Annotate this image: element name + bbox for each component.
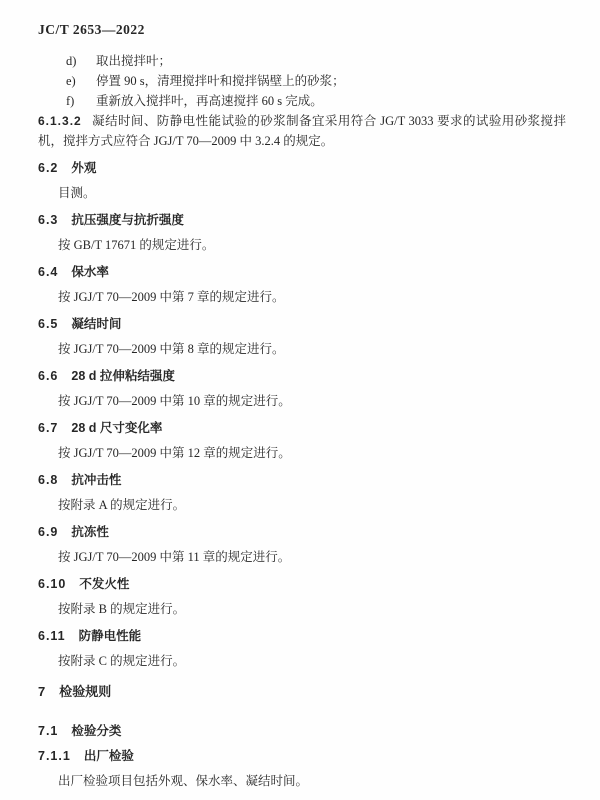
section-heading: 7.1.1出厂检验 — [38, 746, 566, 766]
doc-number-header: JC/T 2653—2022 — [38, 22, 566, 38]
section-number: 6.11 — [38, 629, 66, 643]
list-item: d) 取出搅拌叶； — [38, 51, 566, 71]
section-title: 28 d 拉伸粘结强度 — [71, 369, 175, 383]
list-item-marker: f) — [38, 91, 96, 111]
section-title: 外观 — [71, 161, 96, 175]
section-heading: 6.9抗冻性 — [38, 522, 566, 542]
chapter-title: 检验规则 — [59, 684, 111, 699]
section-body: 按 JGJ/T 70—2009 中第 12 章的规定进行。 — [38, 443, 566, 463]
section-title: 28 d 尺寸变化率 — [71, 421, 162, 435]
section-number: 6.5 — [38, 317, 58, 331]
section-heading: 6.628 d 拉伸粘结强度 — [38, 366, 566, 386]
section-title: 抗冻性 — [71, 525, 109, 539]
chapter-7-heading: 7检验规则 — [38, 682, 566, 702]
section-title: 抗压强度与抗折强度 — [71, 213, 184, 227]
section-body: 按附录 C 的规定进行。 — [38, 651, 566, 671]
section-heading: 7.1检验分类 — [38, 721, 566, 741]
section-number: 6.4 — [38, 265, 58, 279]
list-item-marker: d) — [38, 51, 96, 71]
section-number: 6.2 — [38, 161, 58, 175]
list-item-marker: e) — [38, 71, 96, 91]
list-item: f) 重新放入搅拌叶，再高速搅拌 60 s 完成。 — [38, 91, 566, 111]
section-title: 检验分类 — [71, 724, 121, 738]
section-title: 不发火性 — [79, 577, 129, 591]
section-body: 按附录 B 的规定进行。 — [38, 599, 566, 619]
section-7-1: 7.1检验分类 — [38, 721, 566, 741]
section-heading: 6.4保水率 — [38, 262, 566, 282]
section-title: 凝结时间 — [71, 317, 121, 331]
chapter-number: 7 — [38, 684, 45, 699]
procedure-step-list: d) 取出搅拌叶； e) 停置 90 s，清理搅拌叶和搅拌锅壁上的砂浆； f) … — [38, 51, 566, 111]
clause-text: 凝结时间、防静电性能试验的砂浆制备宜采用符合 JG/T 3033 要求的试验用砂… — [38, 114, 566, 148]
section-heading: 6.5凝结时间 — [38, 314, 566, 334]
section-6-9: 6.9抗冻性 按 JGJ/T 70—2009 中第 11 章的规定进行。 — [38, 522, 566, 567]
section-heading: 6.8抗冲击性 — [38, 470, 566, 490]
section-number: 7.1.1 — [38, 749, 71, 763]
section-heading: 6.11防静电性能 — [38, 626, 566, 646]
section-body: 按 JGJ/T 70—2009 中第 11 章的规定进行。 — [38, 547, 566, 567]
section-6-4: 6.4保水率 按 JGJ/T 70—2009 中第 7 章的规定进行。 — [38, 262, 566, 307]
section-body: 目测。 — [38, 183, 566, 203]
section-body: 按 JGJ/T 70—2009 中第 7 章的规定进行。 — [38, 287, 566, 307]
section-body: 按 JGJ/T 70—2009 中第 8 章的规定进行。 — [38, 339, 566, 359]
section-6-6: 6.628 d 拉伸粘结强度 按 JGJ/T 70—2009 中第 10 章的规… — [38, 366, 566, 411]
section-number: 6.10 — [38, 577, 66, 591]
clause-number: 6.1.3.2 — [38, 114, 82, 128]
section-title: 出厂检验 — [84, 749, 134, 763]
section-number: 6.6 — [38, 369, 58, 383]
section-title: 防静电性能 — [79, 629, 142, 643]
section-6-11: 6.11防静电性能 按附录 C 的规定进行。 — [38, 626, 566, 671]
section-heading: 6.728 d 尺寸变化率 — [38, 418, 566, 438]
section-body: 按 GB/T 17671 的规定进行。 — [38, 235, 566, 255]
section-number: 6.7 — [38, 421, 58, 435]
section-6-2: 6.2外观 目测。 — [38, 158, 566, 203]
document-page: JC/T 2653—2022 d) 取出搅拌叶； e) 停置 90 s，清理搅拌… — [0, 0, 600, 800]
section-heading: 6.2外观 — [38, 158, 566, 178]
section-heading: 6.3抗压强度与抗折强度 — [38, 210, 566, 230]
section-number: 6.3 — [38, 213, 58, 227]
section-number: 6.9 — [38, 525, 58, 539]
list-item-text: 重新放入搅拌叶，再高速搅拌 60 s 完成。 — [96, 91, 323, 111]
section-title: 抗冲击性 — [71, 473, 121, 487]
section-heading: 6.10不发火性 — [38, 574, 566, 594]
section-6-3: 6.3抗压强度与抗折强度 按 GB/T 17671 的规定进行。 — [38, 210, 566, 255]
section-6-8: 6.8抗冲击性 按附录 A 的规定进行。 — [38, 470, 566, 515]
section-number: 7.1 — [38, 724, 58, 738]
section-body: 出厂检验项目包括外观、保水率、凝结时间。 — [38, 771, 566, 791]
list-item-text: 停置 90 s，清理搅拌叶和搅拌锅壁上的砂浆； — [96, 71, 345, 91]
section-6-10: 6.10不发火性 按附录 B 的规定进行。 — [38, 574, 566, 619]
section-body: 按附录 A 的规定进行。 — [38, 495, 566, 515]
section-6-5: 6.5凝结时间 按 JGJ/T 70—2009 中第 8 章的规定进行。 — [38, 314, 566, 359]
list-item: e) 停置 90 s，清理搅拌叶和搅拌锅壁上的砂浆； — [38, 71, 566, 91]
section-title: 保水率 — [71, 265, 109, 279]
section-number: 6.8 — [38, 473, 58, 487]
clause-6-1-3-2: 6.1.3.2凝结时间、防静电性能试验的砂浆制备宜采用符合 JG/T 3033 … — [38, 111, 566, 151]
list-item-text: 取出搅拌叶； — [96, 51, 171, 71]
section-body: 按 JGJ/T 70—2009 中第 10 章的规定进行。 — [38, 391, 566, 411]
section-7-1-1: 7.1.1出厂检验 出厂检验项目包括外观、保水率、凝结时间。 — [38, 746, 566, 791]
section-6-7: 6.728 d 尺寸变化率 按 JGJ/T 70—2009 中第 12 章的规定… — [38, 418, 566, 463]
